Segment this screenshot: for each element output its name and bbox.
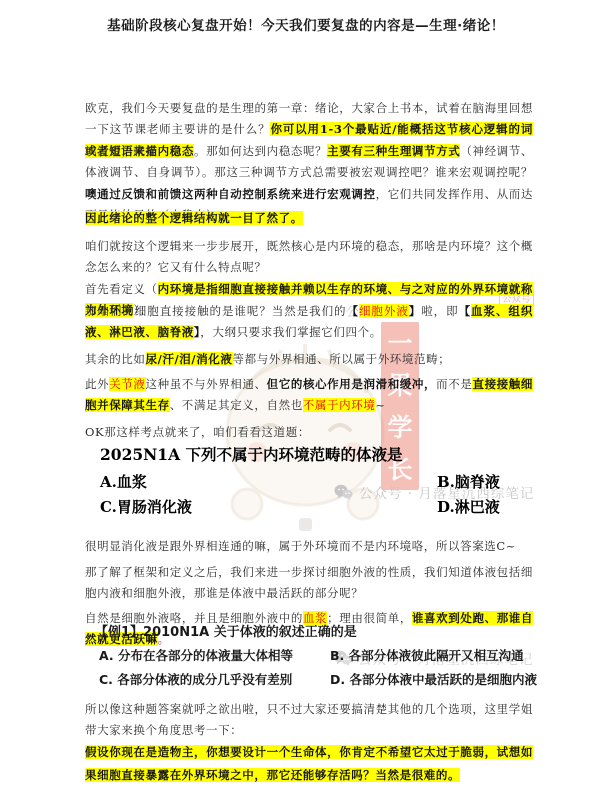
option-b: B. 各部分体液彼此隔开又相互沟通 [330,646,524,664]
option-d: D. 各部分体液中最活跃的是细胞内液 [330,670,537,688]
text-run: 首先看定义（ [85,282,158,296]
paragraph-external-fluids: 其余的比如尿/汗/泪/消化液等都与外界相通、所以属于外环境范畴； [85,349,533,371]
highlighted-text: 假设你现在是造物主，你想要设计一个生命体，你肯定不希望它太过于脆弱，试想如果细胞… [85,745,533,782]
option-a: A.血浆 [100,471,147,492]
option-c: C.胃肠消化液 [100,496,192,517]
option-d: D.淋巴液 [437,496,500,517]
text-run: 而不是 [436,377,472,391]
text-run: 啦，即 [421,304,458,318]
question-2025N1A: 2025N1A 下列不属于内环境范畴的体液是 A.血浆 B.脑脊液 C.胃肠消化… [85,443,555,521]
highlighted-text: 细胞外液 [359,304,409,318]
paragraph-ecf: 那咱们的细胞直接接触的是谁呢？当然是我们的【细胞外液】啦，即【血浆、组织液、淋巴… [85,301,533,344]
text-run: ，大纲只要求我们掌握它们四个。 [200,325,382,339]
text-run: 诶没错，就是 [85,144,158,158]
text-run: 等都与外界相通、所以属于外环境范畴； [233,352,451,366]
text-run: 其余的比如 [85,352,146,366]
text-run: 咱们就按这个逻辑来一步步展开，既然核心是内环境的稳态，那啥是内环境？这个概念怎么… [85,239,533,275]
bold-text: 【 [347,304,359,318]
option-a: A. 分布在各部分的体液量大体相等 [99,646,293,664]
text-run: 这种虽不与外界相通、 [146,377,267,391]
text-run: 很明显消化液是跟外界相连通的嘛，属于外环境而不是内环境咯，所以答案选C~ [85,539,516,553]
bold-text: 但它的核心作用是润滑和缓冲， [267,377,437,391]
highlighted-text: 不属于内环境 [303,398,376,412]
question-stem: 【例1】2010N1A 关于体液的叙述正确的是 [95,621,357,640]
text-run: 此外 [85,377,109,391]
text-run: ~ [375,398,385,412]
highlighted-text: 关节液 [109,377,145,391]
text-run: 那咱们的细胞直接接触的是谁呢？当然是我们的 [85,304,347,318]
paragraph-body-fluid: 那了解了框架和定义之后，我们来进一步探讨细胞外液的性质，我们知道体液包括细胞内液… [85,562,533,605]
document-content: 基础阶段核心复盘开始！今天我们要复盘的内容是—生理·绪论！ 欧克，我们今天要复盘… [0,0,612,792]
text-run: OK那这样考点就来了，咱们看看这道题： [85,425,310,439]
text-run: 那了解了框架和定义之后，我们来进一步探讨细胞外液的性质，我们知道体液包括细胞内液… [85,565,533,601]
highlighted-text: 尿/汗/泪/消化液 [146,352,233,366]
highlighted-text: 内稳态 [158,144,194,158]
paragraph-other-options: 所以像这种题答案就呼之欲出啦，只不过大家还要搞清楚其他的几个选项，这里学姐带大家… [85,699,533,742]
highlighted-text: 主要有三种生理调节方式 [327,144,460,158]
text-run: 、不满足其定义，自然也 [170,398,303,412]
document-page: 公众号 一 果 学 长 公众号 公众号 · 月落星沉西综笔记 [0,0,612,792]
option-c: C. 各部分体液的成分几乎没有差别 [99,670,292,688]
bold-text: 】 [409,304,421,318]
paragraph-answer-c: 很明显消化液是跟外界相连通的嘛，属于外环境而不是内环境咯，所以答案选C~ [85,536,533,558]
paragraph-question-lead: 咱们就按这个逻辑来一步步展开，既然核心是内环境的稳态，那啥是内环境？这个概念怎么… [85,236,533,279]
paragraph-creator-analogy: 假设你现在是造物主，你想要设计一个生命体，你肯定不希望它太过于脆弱，试想如果细胞… [85,741,533,787]
bold-text: 噢通过反馈和前馈这两种自动控制系统来进行宏观调控 [85,187,376,201]
question-2010N1A: 【例1】2010N1A 关于体液的叙述正确的是 A. 分布在各部分的体液量大体相… [85,621,555,693]
paragraph-exam-lead: OK那这样考点就来了，咱们看看这道题： [85,422,533,444]
text-run: 。那如何达到内稳态呢？ [194,144,327,158]
bold-text: 【 [459,304,471,318]
highlighted-text: 因此绪论的整个逻辑结构就一目了然了。 [85,211,303,225]
option-b: B.脑脊液 [437,471,500,492]
question-stem: 2025N1A 下列不属于内环境范畴的体液是 [100,443,403,465]
text-run: 所以像这种题答案就呼之欲出啦，只不过大家还要搞清楚其他的几个选项，这里学姐带大家… [85,702,533,738]
paragraph-logic-summary: 因此绪论的整个逻辑结构就一目了然了。 [85,208,533,230]
paragraph-joint-fluid: 此外关节液这种虽不与外界相通、但它的核心作用是润滑和缓冲，而不是直接接触细胞并保… [85,374,533,417]
page-title: 基础阶段核心复盘开始！今天我们要复盘的内容是—生理·绪论！ [0,14,612,34]
